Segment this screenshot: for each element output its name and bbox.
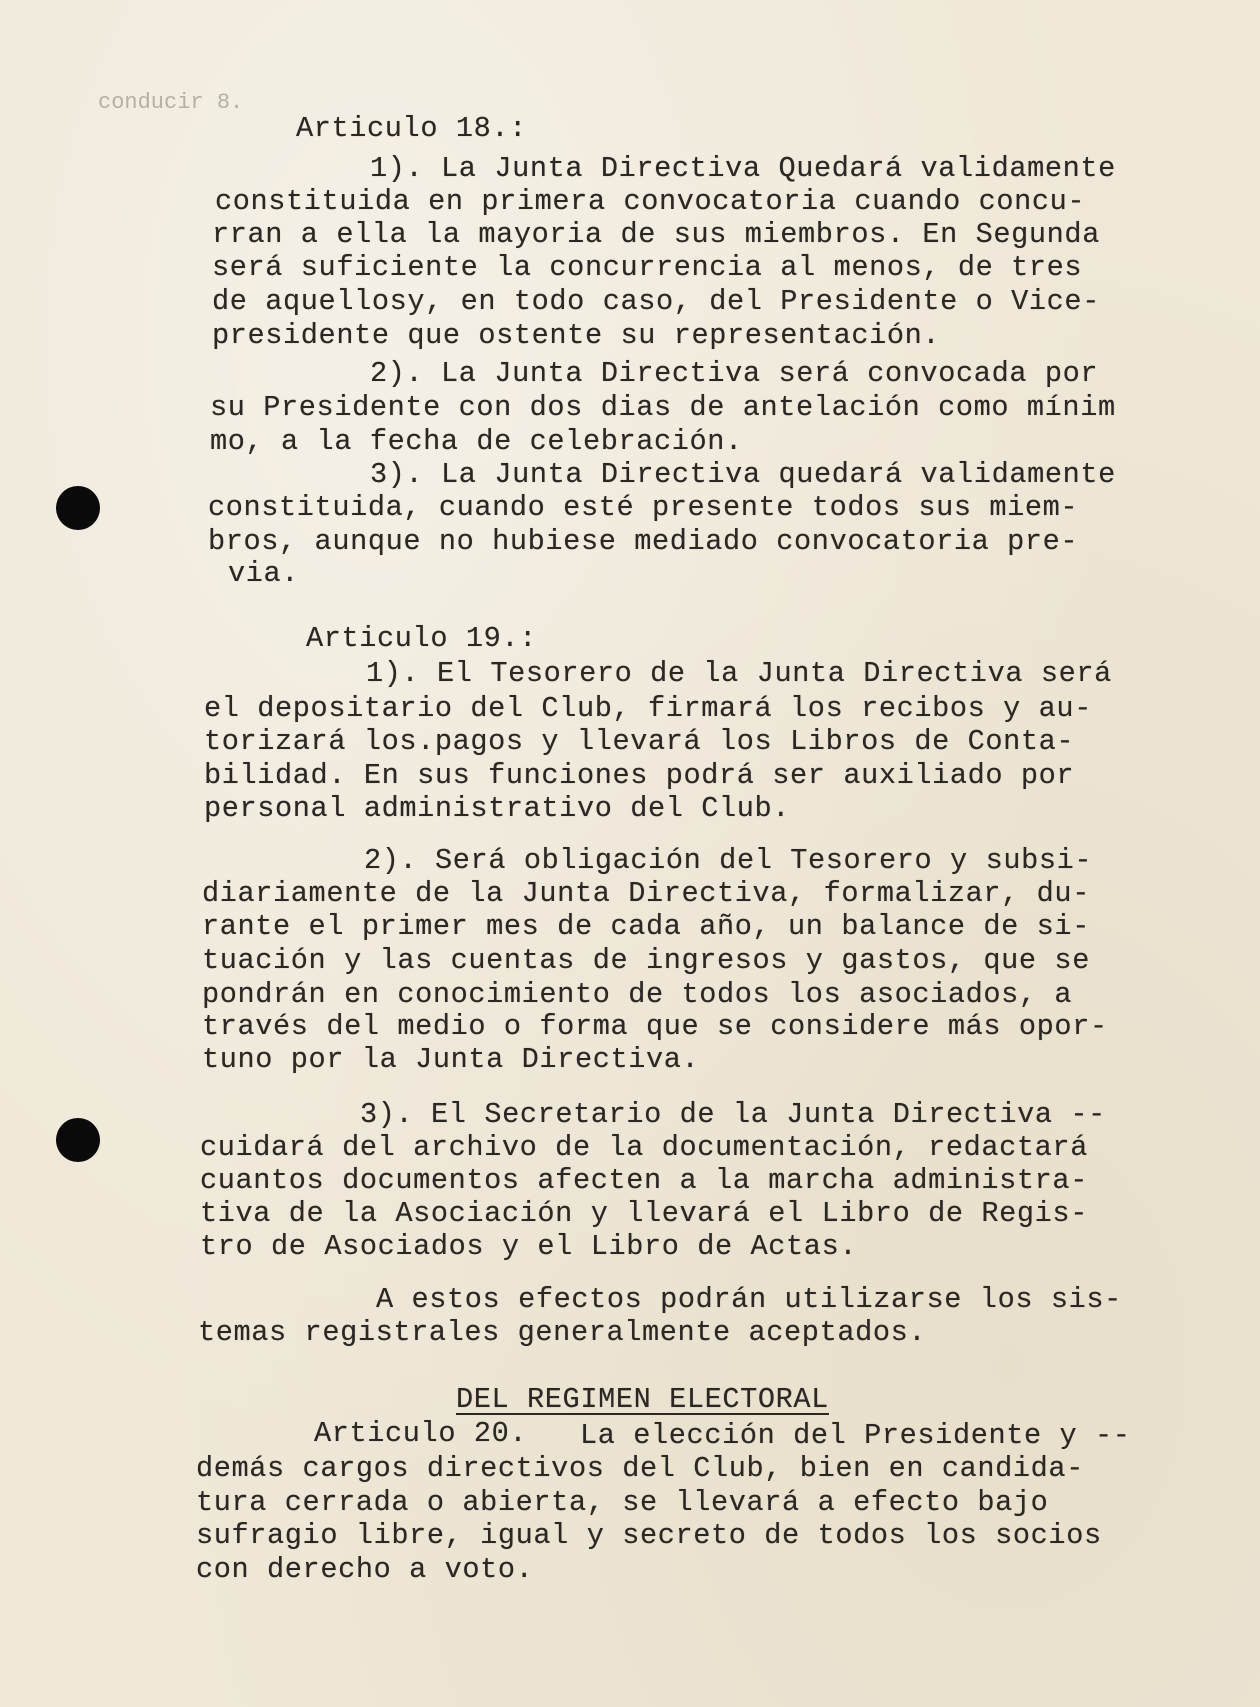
article-20-line: La elección del Presidente y -- [580,1422,1131,1451]
article-19-line: rante el primer mes de cada año, un bala… [202,913,1090,942]
article-19-line: bilidad. En sus funciones podrá ser auxi… [204,762,1074,791]
article-19-line: tro de Asociados y el Libro de Actas. [200,1233,857,1262]
article-18-line: presidente que ostente su representación… [212,322,940,351]
article-19-line: 2). Será obligación del Tesorero y subsi… [364,847,1092,876]
article-18-line: mo, a la fecha de celebración. [210,428,743,457]
document-page: conducir 8. Articulo 18.: 1). La Junta D… [0,0,1260,1707]
article-20-line: con derecho a voto. [196,1556,533,1585]
article-18-heading: Articulo 18.: [296,115,527,144]
article-18-line: rran a ella la mayoria de sus miembros. … [212,221,1100,250]
margin-mark-header: conducir 8. [98,90,243,115]
article-18-line: 3). La Junta Directiva quedará validamen… [370,461,1116,490]
article-19-line: tiva de la Asociación y llevará el Libro… [200,1200,1088,1229]
article-18-line: constituida en primera convocatoria cuan… [215,188,1085,217]
article-20-line: demás cargos directivos del Club, bien e… [196,1455,1084,1484]
article-19-line: 1). El Tesorero de la Junta Directiva se… [366,660,1112,689]
article-19-line: cuidará del archivo de la documentación,… [200,1134,1088,1163]
article-19-line: torizará los.pagos y llevará los Libros … [204,728,1074,757]
article-18-line: 2). La Junta Directiva será convocada po… [370,360,1098,389]
punch-hole-bottom [56,1118,100,1162]
article-19-line: pondrán en conocimiento de todos los aso… [202,981,1072,1010]
article-19-line: temas registrales generalmente aceptados… [198,1319,926,1348]
article-19-line: través del medio o forma que se consider… [202,1013,1108,1042]
article-20-heading: Articulo 20. [314,1420,527,1449]
article-19-line: el depositario del Club, firmará los rec… [204,695,1092,724]
article-18-line: constituida, cuando esté presente todos … [208,494,1078,523]
article-18-line: su Presidente con dos dias de antelación… [210,394,1116,423]
article-19-heading: Articulo 19.: [306,625,537,654]
article-18-line: será suficiente la concurrencia al menos… [212,254,1082,283]
punch-hole-top [56,486,100,530]
article-18-line: 1). La Junta Directiva Quedará validamen… [370,155,1116,184]
article-18-line: de aquellosy, en todo caso, del Presiden… [212,288,1100,317]
article-19-line: diariamente de la Junta Directiva, forma… [202,880,1090,909]
article-19-line: 3). El Secretario de la Junta Directiva … [360,1101,1106,1130]
section-title: DEL REGIMEN ELECTORAL [456,1386,829,1415]
article-20-line: tura cerrada o abierta, se llevará a efe… [196,1489,1048,1518]
article-20-line: sufragio libre, igual y secreto de todos… [196,1522,1102,1551]
article-18-line: bros, aunque no hubiese mediado convocat… [208,528,1078,557]
article-18-line: via. [228,560,299,589]
article-19-line: tuno por la Junta Directiva. [202,1046,699,1075]
article-19-line: tuación y las cuentas de ingresos y gast… [202,947,1090,976]
article-19-line: A estos efectos podrán utilizarse los si… [376,1286,1122,1315]
article-19-line: cuantos documentos afecten a la marcha a… [200,1167,1088,1196]
article-19-line: personal administrativo del Club. [204,795,790,824]
